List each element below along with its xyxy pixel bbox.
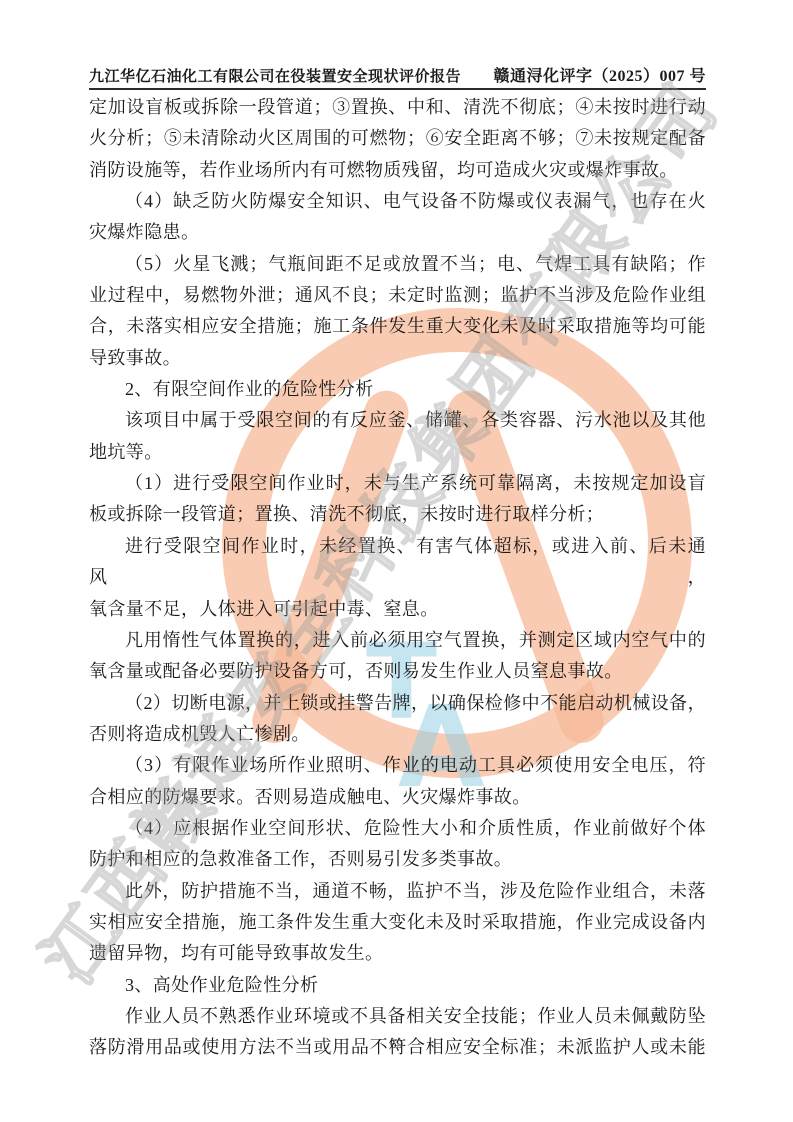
text-line: （4）缺乏防火防爆安全知识、电气设备不防爆或仪表漏气，也存在火 [89, 186, 706, 217]
text-line: 氧含量或配备必要防护设备方可，否则易发生作业人员窒息事故。 [89, 656, 706, 687]
text-line: 进行受限空间作业时，未经置换、有害气体超标，或进入前、后未通风， [89, 531, 706, 594]
text-line: 火分析；⑤未清除动火区周围的可燃物；⑥安全距离不够；⑦未按规定配备 [89, 123, 706, 154]
text-line: （3）有限作业场所作业照明、作业的电动工具必须使用安全电压，符 [89, 750, 706, 781]
text-line: 凡用惰性气体置换的，进入前必须用空气置换，并测定区域内空气中的 [89, 625, 706, 656]
text-line: 板或拆除一段管道；置换、清洗不彻底，未按时进行取样分析； [89, 499, 706, 530]
text-line: 3、高处作业危险性分析 [89, 970, 706, 1001]
text-line: 合，未落实相应安全措施；施工条件发生重大变化未及时采取措施等均可能 [89, 311, 706, 342]
text-line: 消防设施等，若作业场所内有可燃物质残留，均可造成火灾或爆炸事故。 [89, 155, 706, 186]
page-header: 九江华亿石油化工有限公司在役装置安全现状评价报告 赣通浔化评字（2025）007… [89, 62, 706, 90]
text-line: 氧含量不足，人体进入可引起中毒、窒息。 [89, 594, 706, 625]
text-line: 实相应安全措施，施工条件发生重大变化未及时采取措施，作业完成设备内 [89, 907, 706, 938]
text-line: （1）进行受限空间作业时，未与生产系统可靠隔离，未按规定加设盲 [89, 468, 706, 499]
text-line: 该项目中属于受限空间的有反应釜、储罐、各类容器、污水池以及其他 [89, 405, 706, 436]
text-line: 作业人员不熟悉作业环境或不具备相关安全技能；作业人员未佩戴防坠 [89, 1001, 706, 1032]
text-line: （2）切断电源，并上锁或挂警告牌，以确保检修中不能启动机械设备， [89, 688, 706, 719]
text-line: （4）应根据作业空间形状、危险性大小和介质性质，作业前做好个体 [89, 813, 706, 844]
text-line: 否则将造成机毁人亡惨剧。 [89, 719, 706, 750]
text-line: 定加设盲板或拆除一段管道；③置换、中和、清洗不彻底；④未按时进行动 [89, 92, 706, 123]
text-line: 此外，防护措施不当，通道不畅，监护不当，涉及危险作业组合，未落 [89, 876, 706, 907]
report-number: 赣通浔化评字（2025）007 号 [493, 63, 706, 88]
text-line: 遗留异物，均有可能导致事故发生。 [89, 938, 706, 969]
body-text: 定加设盲板或拆除一段管道；③置换、中和、清洗不彻底；④未按时进行动火分析；⑤未清… [89, 92, 706, 1064]
text-line: 业过程中，易燃物外泄；通风不良；未定时监测；监护不当涉及危险作业组 [89, 280, 706, 311]
text-line: 2、有限空间作业的危险性分析 [89, 374, 706, 405]
text-line: 防护和相应的急救准备工作，否则易引发多类事故。 [89, 844, 706, 875]
text-line: （5）火星飞溅；气瓶间距不足或放置不当；电、气焊工具有缺陷；作 [89, 249, 706, 280]
document-page: T A 九江华亿石油化工有限公司在役装置安全现状评价报告 赣通浔化评字（2025… [0, 0, 793, 1122]
report-title: 九江华亿石油化工有限公司在役装置安全现状评价报告 [89, 65, 461, 88]
page-number: 69 [0, 1036, 793, 1052]
text-line: 灾爆炸隐患。 [89, 217, 706, 248]
text-line: 导致事故。 [89, 343, 706, 374]
text-line: 地坑等。 [89, 437, 706, 468]
text-line: 合相应的防爆要求。否则易造成触电、火灾爆炸事故。 [89, 782, 706, 813]
